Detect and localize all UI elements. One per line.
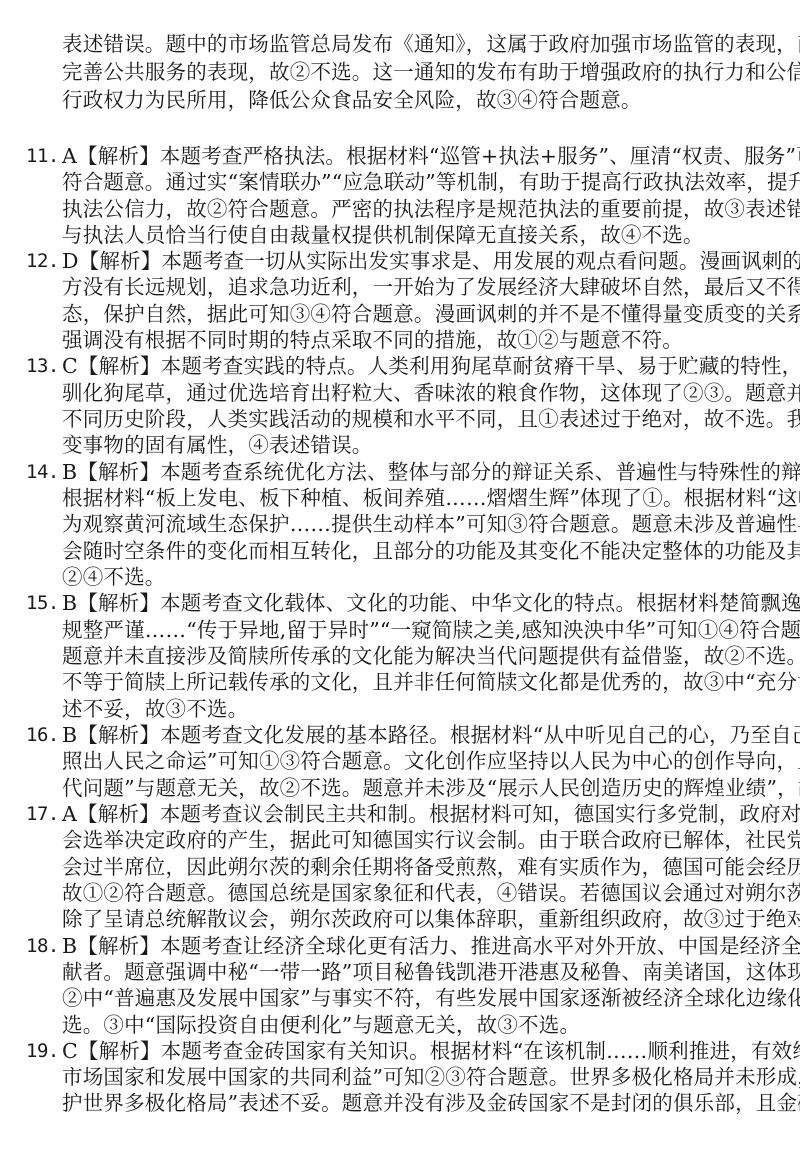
item-number: 16. — [26, 722, 59, 748]
item-19-line: C【解析】本题考查金砖国家有关知识。根据材料“在该机制……顺利推进，有效维护了新… — [62, 1038, 764, 1064]
item-14-line: ②④不选。 — [62, 564, 764, 590]
item-12-line: 态，保护自然，据此可知③④符合题意。漫画讽刺的并不是不懂得量变质变的关系，也没有 — [62, 301, 764, 327]
item-13-line: 不同历史阶段，人类实践活动的规模和水平不同，且①表述过于绝对，故不选。我们不能改 — [62, 406, 764, 432]
intro-line: 行政权力为民所用，降低公众食品安全风险，故③④符合题意。 — [62, 87, 764, 113]
intro-line: 表述错误。题中的市场监管总局发布《通知》，这属于政府加强市场监管的表现，而不属于 — [62, 31, 764, 57]
item-17-line: 会选举决定政府的产生，据此可知德国实行议会制。由于联合政府已解体，社民党已失去了… — [62, 827, 764, 853]
item-14-line: 会随时空条件的变化而相互转化，且部分的功能及其变化不能决定整体的功能及其变化，故 — [62, 538, 764, 564]
item-18-line: 选。③中“国际投资自由便利化”与题意无关，故③不选。 — [62, 1012, 764, 1038]
item-17-line: 会过半席位，因此朔尔茨的剩余任期将备受煎熬，难有实质作为，德国可能会经历政治动荡… — [62, 854, 764, 880]
item-12-line: 强调没有根据不同时期的特点采取不同的措施，故①②与题意不符。 — [62, 327, 764, 353]
item-18-line: ②中“普遍惠及发展中国家”与事实不符，有些发展中国家逐渐被经济全球化边缘化，②不 — [62, 985, 764, 1011]
item-number: 13. — [26, 353, 59, 379]
item-13-line: 驯化狗尾草，通过优选培育出籽粒大、香味浓的粮食作物，这体现了②③。题意并未强调在 — [62, 380, 764, 406]
item-11-line: 执法公信力，故②符合题意。严密的执法程序是规范执法的重要前提，故③表述错误。题意 — [62, 196, 764, 222]
item-number: 14. — [26, 459, 59, 485]
item-14-line: 为观察黄河流域生态保护……提供生动样本”可知③符合题意。题意未涉及普遍性与特殊性 — [62, 511, 764, 537]
item-17-line: 故①②符合题意。德国总统是国家象征和代表，④错误。若德国议会通过对朔尔茨的不信任… — [62, 880, 764, 906]
item-19-line: 护世界多极化格局”表述不妥。题意并没有涉及金砖国家不是封闭的俱乐部，且金砖国家是 — [62, 1090, 764, 1116]
item-11-line: 与执法人员恰当行使自由裁量权提供机制保障无直接关系，故④不选。 — [62, 222, 764, 248]
item-16-line: 代问题”与题意无关，故②不选。题意并未涉及“展示人民创造历史的辉煌业绩”，故④不… — [62, 775, 764, 801]
item-15-line: 题意并未直接涉及简牍所传承的文化能为解决当代问题提供有益借鉴，故②不选。简牍文化 — [62, 643, 764, 669]
intro-line: 完善公共服务的表现，故②不选。这一通知的发布有助于增强政府的执行力和公信力，促进 — [62, 59, 764, 85]
item-18-line: B【解析】本题考查让经济全球化更有活力、推进高水平对外开放、中国是经济全球化的贡 — [62, 933, 764, 959]
item-number: 19. — [26, 1038, 59, 1064]
item-number: 18. — [26, 933, 59, 959]
item-13-line: 变事物的固有属性，④表述错误。 — [62, 432, 764, 458]
item-15-line: 规整严谨……“传于异地,留于异时”“一窥简牍之美,感知泱泱中华”可知①④符合题意… — [62, 617, 764, 643]
item-11-line: A【解析】本题考查严格执法。根据材料“巡管+执法+服务”、厘清“权责、服务”可知… — [62, 143, 764, 169]
item-12-line: D【解析】本题考查一切从实际出发实事求是、用发展的观点看问题。漫画讽刺的是某些地 — [62, 248, 764, 274]
item-11-line: 符合题意。通过实“案情联办”“应急联动”等机制，有助于提高行政执法效率，提升行政 — [62, 169, 764, 195]
item-17-line: A【解析】本题考查议会制民主共和制。根据材料可知，德国实行多党制，政府对议会负责… — [62, 801, 764, 827]
item-12-line: 方没有长远规划，追求急功近利，一开始为了发展经济大肆破坏自然，最后又不得不恢复生 — [62, 274, 764, 300]
item-17-line: 除了呈请总统解散议会，朔尔茨政府可以集体辞职，重新组织政府，故③过于绝对。 — [62, 906, 764, 932]
item-15-line: B【解析】本题考查文化载体、文化的功能、中华文化的特点。根据材料楚简飘逸……汉简 — [62, 590, 764, 616]
item-16-line: 照出人民之命运”可知①③符合题意。文化创作应坚持以人民为中心的创作导向，且“解决… — [62, 748, 764, 774]
item-15-line: 述不妥，故③不选。 — [62, 696, 764, 722]
item-number: 11. — [26, 143, 59, 169]
item-19-line: 市场国家和发展中国家的共同利益”可知②③符合题意。世界多极化格局并未形成，①中“… — [62, 1064, 764, 1090]
answer-explanation-page: 表述错误。题中的市场监管总局发布《通知》，这属于政府加强市场监管的表现，而不属于… — [0, 0, 800, 1166]
item-number: 12. — [26, 248, 59, 274]
item-number: 15. — [26, 590, 59, 616]
item-14-line: 根据材料“板上发电、板下种植、板间养殖……熠熠生辉”体现了①。根据材料“这幅…… — [62, 485, 764, 511]
item-13-line: C【解析】本题考查实践的特点。人类利用狗尾草耐贫瘠干旱、易于贮藏的特性，经过代代 — [62, 353, 764, 379]
item-15-line: 不等于简牍上所记载传承的文化，且并非任何简牍文化都是优秀的，故③中“充分认同”表 — [62, 669, 764, 695]
item-18-line: 献者。题意强调中秘“一带一路”项目秘鲁钱凯港开港惠及秘鲁、南美诸国，这体现了①④… — [62, 959, 764, 985]
item-14-line: B【解析】本题考查系统优化方法、整体与部分的辩证关系、普遍性与特殊性的辩证关系。 — [62, 459, 764, 485]
item-16-line: B【解析】本题考查文化发展的基本路径。根据材料“从中听见自己的心，乃至自己的命”… — [62, 722, 764, 748]
item-number: 17. — [26, 801, 59, 827]
